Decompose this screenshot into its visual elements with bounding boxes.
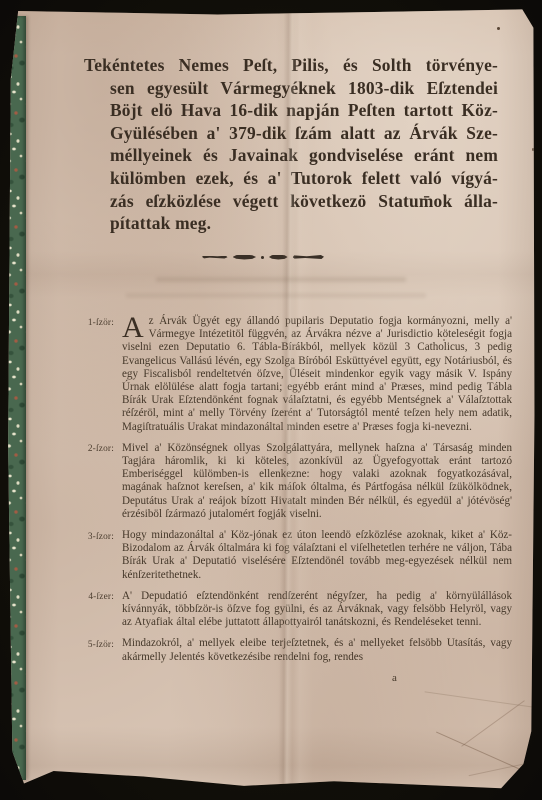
- title-line: sen egyesült Vármegyéknek 1803-dik Eſzte…: [110, 77, 498, 100]
- ornament-dash-icon: [233, 255, 257, 260]
- paragraph-text: Hogy mindazonáltal a' Köz-jónak ez úton …: [122, 529, 512, 582]
- title-line: pítattak meg.: [110, 212, 498, 235]
- document-page: Tekéntetes Nemes Peſt, Pilis, és Solth t…: [6, 9, 535, 789]
- ornament-dash-icon: [293, 255, 324, 259]
- catchword: a: [392, 672, 516, 684]
- title-line: zás eſzközlése végett következö Statum̄o…: [110, 190, 498, 213]
- paragraph-number: 3-ſzor:: [78, 529, 114, 582]
- paragraph-number: 4-ſzer:: [78, 590, 114, 630]
- paragraph-text: Mindazokról, a' mellyek eleibe terjeſzte…: [122, 637, 512, 663]
- ink-bleedthrough-mark: [156, 277, 406, 282]
- title-line: Gyülésében a' 379-dik ſzám alatt az Árvá…: [110, 122, 498, 145]
- photo-background: Tekéntetes Nemes Peſt, Pilis, és Solth t…: [0, 0, 542, 800]
- statutes-body: 1-ſzör: Az Árvák Ügyét egy állandó pupil…: [78, 315, 516, 684]
- corner-crease-line: [436, 732, 524, 772]
- title-line: méllyeinek és Javainak gondviselése erán…: [110, 144, 498, 167]
- document-title: Tekéntetes Nemes Peſt, Pilis, és Solth t…: [84, 54, 498, 235]
- paper-speck: [532, 148, 534, 151]
- paragraph-text: Az Árvák Ügyét egy állandó pupilaris Dep…: [122, 315, 512, 434]
- statute-paragraph: 2-ſzor: Mivel a' Közönségnek ollyas Szol…: [78, 442, 516, 521]
- statute-paragraph: 3-ſzor: Hogy mindazonáltal a' Köz-jónak …: [78, 529, 516, 582]
- title-line: külömben ezek, és a' Tutorok felett való…: [110, 167, 498, 190]
- paragraph-text: A' Depudatió eſztendönként rendſzerént n…: [122, 590, 512, 630]
- ink-bleedthrough-mark: [126, 293, 426, 298]
- paragraph-text: Mivel a' Közönségnek ollyas Szolgálattyá…: [122, 442, 512, 521]
- paragraph-number: 5-ſzör:: [78, 637, 114, 663]
- corner-crease-line: [424, 691, 533, 707]
- marbled-edge-strip: [6, 16, 26, 780]
- title-line: Tekéntetes Nemes Peſt, Pilis, és Solth t…: [84, 54, 498, 77]
- paragraph-number: 2-ſzor:: [78, 442, 114, 521]
- ornament-dash-icon: [269, 255, 288, 260]
- statute-paragraph: 5-ſzör: Mindazokról, a' mellyek eleibe t…: [78, 637, 516, 663]
- ornament-dot-icon: [261, 256, 264, 259]
- paragraph-number: 1-ſzör:: [78, 315, 114, 434]
- paragraph-text-run: z Árvák Ügyét egy állandó pupilaris Depu…: [122, 315, 512, 433]
- drop-cap-initial: A: [122, 315, 149, 340]
- corner-crease-line: [461, 700, 525, 747]
- ornament-divider: [202, 252, 324, 262]
- statute-paragraph: 4-ſzer: A' Depudatió eſztendönként rendſ…: [78, 590, 516, 630]
- statute-paragraph: 1-ſzör: Az Árvák Ügyét egy állandó pupil…: [78, 315, 516, 434]
- ornament-dash-icon: [202, 256, 228, 259]
- corner-crease-line: [469, 763, 528, 776]
- paper-speck: [497, 27, 500, 30]
- title-line: Böjt elö Hava 16-dik napján Peſten tarto…: [110, 99, 498, 122]
